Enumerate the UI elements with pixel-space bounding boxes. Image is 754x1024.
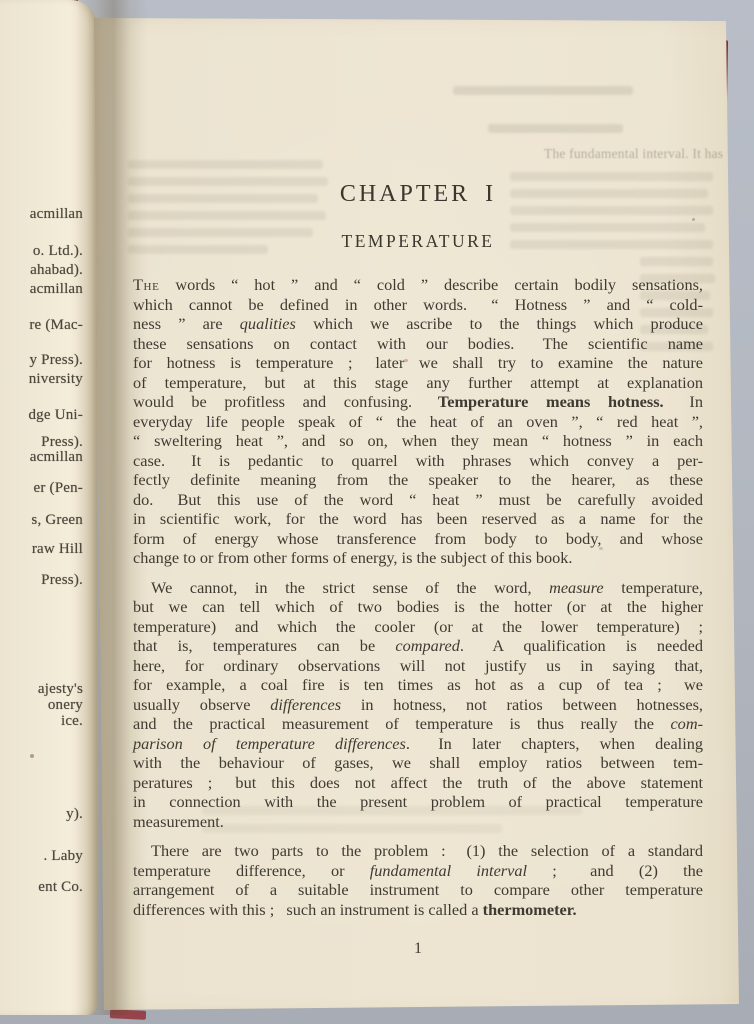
body-line: and the practical measurement of tempera… bbox=[133, 714, 703, 734]
body-line: for hotness is temperature ; later we sh… bbox=[133, 353, 703, 373]
facing-page-text-fragment: y Press). bbox=[30, 352, 83, 369]
body-line: with the behaviour of gases, we shall em… bbox=[133, 753, 703, 773]
body-line: parison of temperature differences. In l… bbox=[133, 734, 703, 754]
body-line: “ sweltering heat ”, and so on, when the… bbox=[133, 431, 703, 451]
facing-page-text-fragment: niversity bbox=[29, 371, 83, 388]
page-number: 1 bbox=[133, 940, 703, 958]
body-line: for example, a coal fire is ten times as… bbox=[133, 675, 703, 695]
chapter-title: TEMPERATURE bbox=[133, 231, 703, 252]
body-line: measurement. bbox=[133, 812, 703, 832]
body-line: case. It is pedantic to quarrel with phr… bbox=[133, 451, 703, 471]
body-line: that is, temperatures can be compared. A… bbox=[133, 636, 703, 656]
cover-edge-bottom-left bbox=[110, 1009, 146, 1020]
body-line: peratures ; but this does not affect the… bbox=[133, 773, 703, 793]
body-line: everyday life people speak of “ the heat… bbox=[133, 412, 703, 432]
body-line: of temperature, but at this stage any fu… bbox=[133, 373, 703, 393]
facing-page-text-fragment: o. Ltd.). bbox=[33, 243, 83, 260]
facing-page-text-fragment: acmillan bbox=[30, 281, 83, 298]
facing-page-text-fragment: y). bbox=[66, 806, 83, 823]
facing-page-text-fragment: acmillan bbox=[30, 449, 83, 466]
body-line: temperature difference, or fundamental i… bbox=[133, 861, 703, 881]
book-page: The fundamental interval. It has CHAPTER… bbox=[88, 14, 742, 1016]
facing-page-text-fragment: s, Green bbox=[31, 512, 83, 529]
body-line: temperature) and which the cooler (or at… bbox=[133, 617, 703, 637]
page-content: CHAPTER I TEMPERATURE The words “ hot ” … bbox=[133, 14, 703, 958]
body-line: form of energy whose transference from b… bbox=[133, 529, 703, 549]
dust-speck bbox=[30, 754, 34, 758]
facing-page-text-fragment: acmillan bbox=[30, 206, 83, 223]
facing-page-text-fragment: . Laby bbox=[43, 848, 83, 865]
facing-page-text-fragment: re (Mac- bbox=[29, 317, 83, 334]
paragraph: We cannot, in the strict sense of the wo… bbox=[133, 578, 703, 832]
facing-page-text-fragment: ent Co. bbox=[38, 879, 83, 896]
body-line: in scientific work, for the word has bee… bbox=[133, 509, 703, 529]
facing-page-text-fragment: Press). bbox=[41, 572, 83, 589]
body-line: but we can tell which of two bodies is t… bbox=[133, 597, 703, 617]
dust-speck bbox=[404, 359, 408, 362]
body-line: We cannot, in the strict sense of the wo… bbox=[133, 578, 703, 598]
facing-page-text-fragment: er (Pen- bbox=[34, 480, 84, 497]
body-line: differences with this ; such an instrume… bbox=[133, 900, 703, 920]
chapter-heading: CHAPTER I bbox=[133, 181, 703, 208]
facing-page-text-fragment: ice. bbox=[61, 713, 83, 730]
body-line: arrangement of a suitable instrument to … bbox=[133, 880, 703, 900]
body-line: ness ” are qualities which we ascribe to… bbox=[133, 314, 703, 334]
body-paragraphs: The words “ hot ” and “ cold ” describe … bbox=[133, 275, 703, 919]
body-line: here, for ordinary observations will not… bbox=[133, 656, 703, 676]
paragraph: There are two parts to the problem : (1)… bbox=[133, 841, 703, 919]
paragraph: The words “ hot ” and “ cold ” describe … bbox=[133, 275, 703, 568]
body-line: usually observe differences in hotness, … bbox=[133, 695, 703, 715]
body-line: which cannot be defined in other words. … bbox=[133, 295, 703, 315]
facing-page: acmillano. Ltd.).ahabad).acmillanre (Mac… bbox=[0, 0, 97, 1015]
body-line: change to or from other forms of energy,… bbox=[133, 548, 703, 568]
body-line: would be profitless and confusing. Tempe… bbox=[133, 392, 703, 412]
dust-speck bbox=[692, 218, 695, 221]
body-line: There are two parts to the problem : (1)… bbox=[133, 841, 703, 861]
body-line: these sensations on contact with our bod… bbox=[133, 334, 703, 354]
body-line: do. But this use of the word “ heat ” mu… bbox=[133, 490, 703, 510]
book-photo: acmillano. Ltd.).ahabad).acmillanre (Mac… bbox=[0, 0, 754, 1024]
body-line: The words “ hot ” and “ cold ” describe … bbox=[133, 275, 703, 295]
facing-page-text-fragment: ahabad). bbox=[30, 262, 83, 279]
facing-page-text-fragment: onery bbox=[48, 697, 83, 714]
body-line: fectly definite meaning from the speaker… bbox=[133, 470, 703, 490]
facing-page-text-fragment: dge Uni- bbox=[28, 407, 83, 424]
facing-page-text-fragment: ajesty's bbox=[38, 681, 83, 698]
facing-page-text-fragment: raw Hill bbox=[32, 541, 83, 558]
body-line: in connection with the present problem o… bbox=[133, 792, 703, 812]
dust-speck bbox=[599, 547, 603, 550]
